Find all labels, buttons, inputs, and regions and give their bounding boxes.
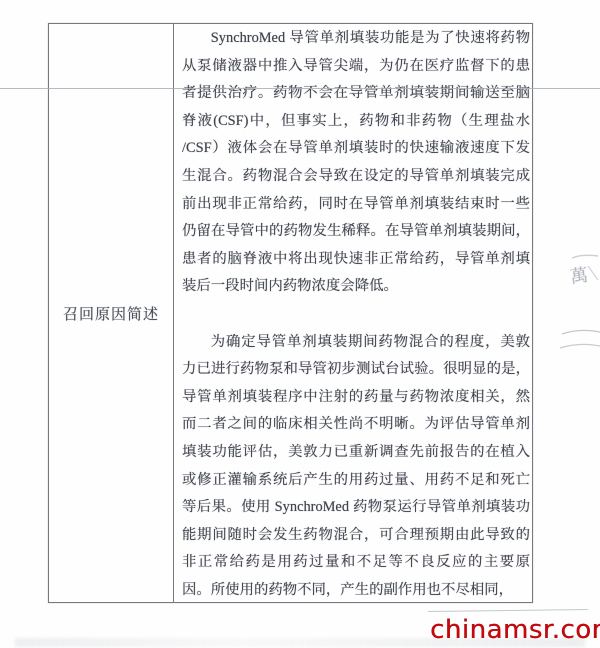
text-line: 力已进行药物泵和导管初步测试台试验。很明显的是， <box>182 356 530 384</box>
text-line: 从泵储液器中推入导管尖端，为仍在医疗监督下的患 <box>182 53 530 81</box>
text-line: 装后一段时间内药物浓度会降低。 <box>182 273 530 301</box>
scanned-recall-document: 召回原因简述 SynchroMed 导管单剂填装功能是为了快速将药物从泵储液器中… <box>0 0 600 648</box>
text-line: SynchroMed 导管单剂填装功能是为了快速将药物 <box>182 25 530 53</box>
text-line: 填装功能评估，美敦力已重新调查先前报告的在植入 <box>182 439 530 467</box>
seal-character: 萬 <box>568 261 589 289</box>
text-line: 者提供治疗。药物不会在导管单剂填装期间输送至脑 <box>182 80 530 108</box>
site-watermark: chinamsr.com <box>430 615 600 645</box>
text-line: 前出现非正常给药，同时在导管单剂填装结束时一些 <box>182 191 530 219</box>
text-line: 导管单剂填装程序中注射的药量与药物浓度相关，然 <box>182 384 530 412</box>
text-line: /CSF）液体会在导管单剂填装时的快速输液速度下发 <box>182 135 530 163</box>
paragraph-gap <box>182 301 530 329</box>
recall-paragraph-2: 为确定导管单剂填装期间药物混合的程度，美敦力已进行药物泵和导管初步测试台试验。很… <box>182 329 530 605</box>
page-fold-line <box>0 88 600 89</box>
text-line: 为确定导管单剂填装期间药物混合的程度，美敦 <box>182 329 530 357</box>
text-line: 脊液(CSF)中，但事实上，药物和非药物（生理盐水 <box>182 108 530 136</box>
text-line: 非正常给药是用药过量和不足等不良反应的主要原 <box>182 549 530 577</box>
recall-reason-content-cell: SynchroMed 导管单剂填装功能是为了快速将药物从泵储液器中推入导管尖端，… <box>174 24 532 602</box>
recall-reason-label-cell: 召回原因简述 <box>49 24 174 602</box>
recall-reason-label: 召回原因简述 <box>63 303 159 324</box>
text-line: 或修正灌输系统后产生的用药过量、用药不足和死亡 <box>182 467 530 495</box>
text-line: 而二者之间的临床相关性尚不明晰。为评估导管单剂 <box>182 411 530 439</box>
scan-artifact-line <box>428 609 588 612</box>
seal-stamp-fragment-icon: 萬 <box>548 250 600 360</box>
seal-arcs-icon <box>548 250 600 360</box>
text-line: 生混合。药物混合会导致在设定的导管单剂填装完成 <box>182 163 530 191</box>
text-line: 仍留在导管中的药物发生稀释。在导管单剂填装期间， <box>182 218 530 246</box>
text-line: 能期间随时会发生药物混合，可合理预期由此导致的 <box>182 522 530 550</box>
text-line: 等后果。使用 SynchroMed 药物泵运行导管单剂填装功 <box>182 494 530 522</box>
text-line: 因。所使用的药物不同，产生的副作用也不尽相同， <box>182 577 530 605</box>
recall-table: 召回原因简述 SynchroMed 导管单剂填装功能是为了快速将药物从泵储液器中… <box>48 23 533 603</box>
recall-paragraph-1: SynchroMed 导管单剂填装功能是为了快速将药物从泵储液器中推入导管尖端，… <box>182 25 530 301</box>
text-line: 患者的脑脊液中将出现快速非正常给药，导管单剂填 <box>182 246 530 274</box>
